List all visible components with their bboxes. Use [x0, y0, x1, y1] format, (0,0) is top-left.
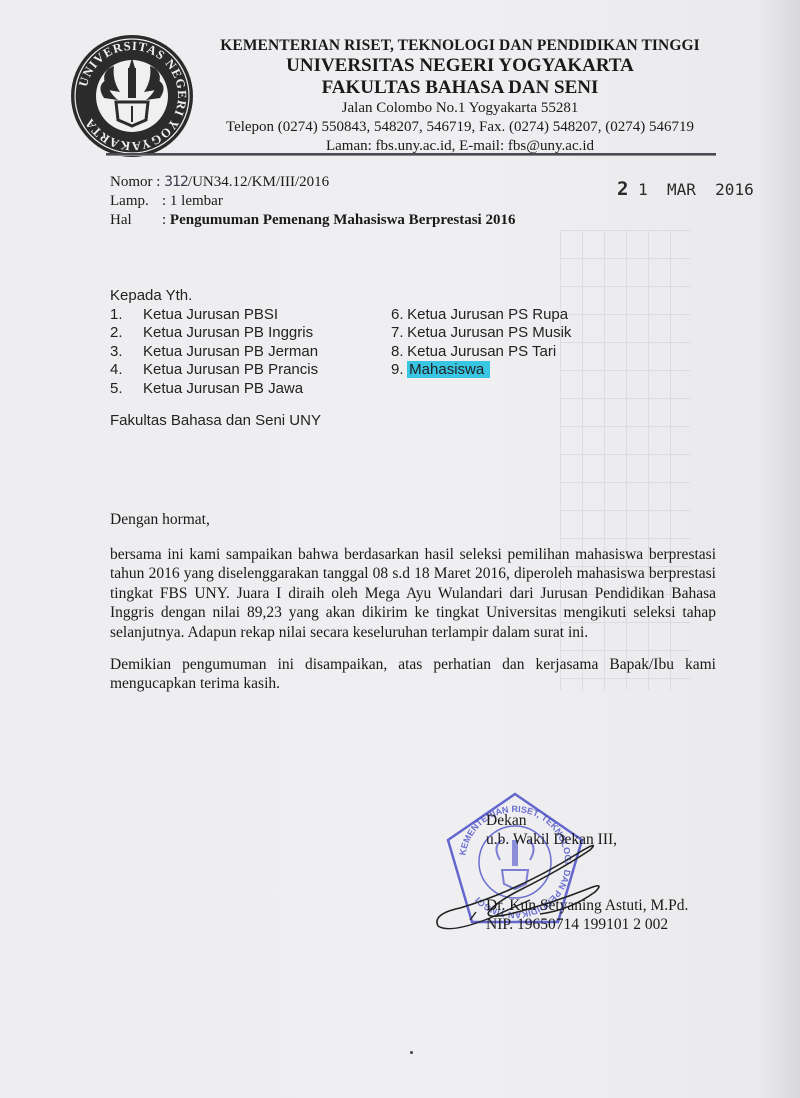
signatory-title: Dekan	[486, 812, 688, 831]
list-item: 2.Ketua Jurusan PB Inggris	[110, 324, 390, 343]
faculty-name: FAKULTAS BAHASA DAN SENI	[200, 77, 720, 99]
list-item-highlighted: 9. Mahasiswa	[391, 361, 641, 380]
nomor-row: Nomor : 312/UN34.12/KM/III/2016	[110, 173, 515, 192]
body-paragraph-1: bersama ini kami sampaikan bahwa berdasa…	[110, 545, 716, 642]
signature-block: Dekan u.b. Wakil Dekan III, Dr. Kun Sety…	[486, 812, 688, 934]
hal-value: Pengumuman Pemenang Mahasiswa Berprestas…	[170, 211, 516, 230]
list-item: 1.Ketua Jurusan PBSI	[110, 306, 390, 325]
signatory-on-behalf: u.b. Wakil Dekan III,	[486, 831, 688, 850]
letterhead: KEMENTERIAN RISET, TEKNOLOGI DAN PENDIDI…	[200, 36, 720, 156]
ministry-name: KEMENTERIAN RISET, TEKNOLOGI DAN PENDIDI…	[200, 36, 720, 55]
hal-row: Hal: Pengumuman Pemenang Mahasiswa Berpr…	[110, 211, 515, 230]
list-item: 5.Ketua Jurusan PB Jawa	[110, 380, 390, 399]
recipients: Kepada Yth. 1.Ketua Jurusan PBSI 2.Ketua…	[110, 287, 192, 306]
greeting: Dengan hormat,	[110, 511, 210, 529]
letterhead-divider	[106, 153, 716, 156]
nomor-value: /UN34.12/KM/III/2016	[188, 173, 329, 192]
list-item: 3.Ketua Jurusan PB Jerman	[110, 343, 390, 362]
nomor-label: Nomor	[110, 173, 153, 192]
ink-speck	[410, 1051, 413, 1054]
signatory-name: Dr. Kun Setyaning Astuti, M.Pd.	[486, 897, 688, 916]
list-item: 4.Ketua Jurusan PB Prancis	[110, 361, 390, 380]
letter-meta: Nomor : 312/UN34.12/KM/III/2016 Lamp.: 1…	[110, 173, 515, 230]
hal-label: Hal	[110, 211, 162, 230]
recipients-right-column: 6. Ketua Jurusan PS Rupa 7. Ketua Jurusa…	[391, 306, 641, 380]
lamp-value: 1 lembar	[170, 192, 223, 211]
lamp-label: Lamp.	[110, 192, 162, 211]
phone-fax: Telepon (0274) 550843, 548207, 546719, F…	[200, 118, 720, 137]
recipients-left-column: 1.Ketua Jurusan PBSI 2.Ketua Jurusan PB …	[110, 306, 390, 399]
nomor-handwritten: 312	[164, 173, 188, 192]
recipient-location: Fakultas Bahasa dan Seni UNY	[110, 412, 321, 429]
list-item: 6. Ketua Jurusan PS Rupa	[391, 306, 641, 325]
signatory-nip: NIP. 19650714 199101 2 002	[486, 916, 688, 935]
lamp-row: Lamp.: 1 lembar	[110, 192, 515, 211]
date-stamp: 2 1 MAR 2016	[617, 178, 754, 200]
address: Jalan Colombo No.1 Yogyakarta 55281	[200, 99, 720, 118]
body-paragraph-2: Demikian pengumuman ini disampaikan, ata…	[110, 655, 716, 694]
list-item: 8. Ketua Jurusan PS Tari	[391, 343, 641, 362]
university-name: UNIVERSITAS NEGERI YOGYAKARTA	[200, 55, 720, 77]
recipients-heading: Kepada Yth.	[110, 287, 192, 306]
highlighted-recipient: Mahasiswa	[407, 361, 490, 378]
list-item: 7. Ketua Jurusan PS Musik	[391, 324, 641, 343]
university-seal-icon: UNIVERSITAS NEGERI YOGYAKARTA	[68, 32, 196, 160]
